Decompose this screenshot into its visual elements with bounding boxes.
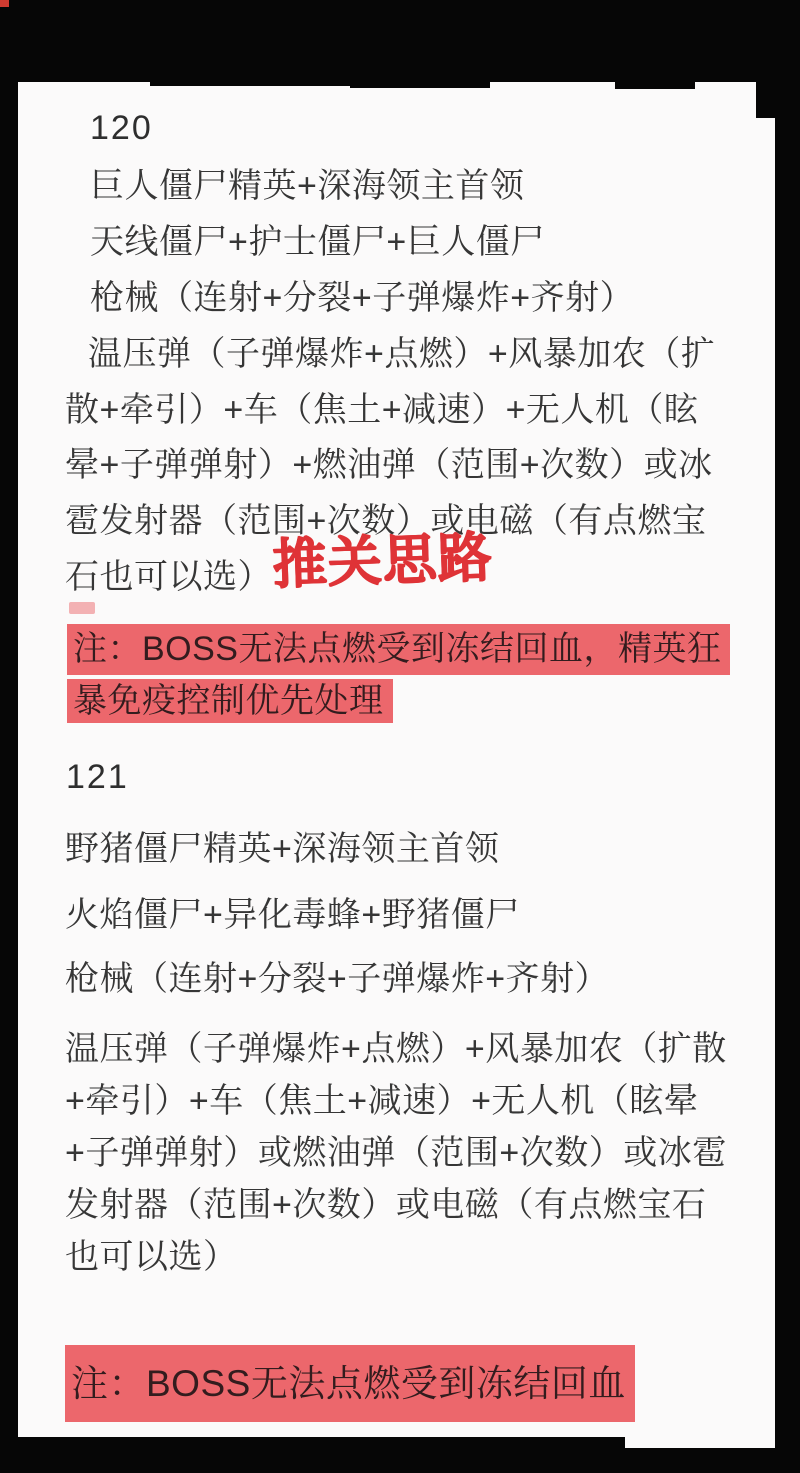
level-121-strategy-line: +牵引）+车（焦土+减速）+无人机（眩晕 xyxy=(65,1081,698,1121)
level-121-enemies-line: 火焰僵尸+异化毒蜂+野猪僵尸 xyxy=(65,895,520,935)
level-121-note-highlight: 注：BOSS无法点燃受到冻结回血 xyxy=(65,1345,635,1422)
level-121-elite-boss-line: 野猪僵尸精英+深海领主首领 xyxy=(65,829,499,869)
level-120-strategy-line: 晕+子弹弹射）+燃油弹（范围+次数）或冰 xyxy=(65,445,713,485)
photo-edge-artifact xyxy=(625,1437,775,1448)
watermark-text: 推关思路 xyxy=(271,514,494,599)
level-120-strategy-line: 温压弹（子弹爆炸+点燃）+风暴加农（扩 xyxy=(88,334,715,374)
level-120-enemies-line: 天线僵尸+护士僵尸+巨人僵尸 xyxy=(90,222,545,262)
level-121-strategy-line: 发射器（范围+次数）或电磁（有点燃宝石 xyxy=(65,1185,706,1225)
level-120-note-highlight: 暴免疫控制优先处理 xyxy=(67,679,393,723)
level-120-strategy-line: 石也可以选） xyxy=(65,557,272,597)
highlight-remnant-artifact xyxy=(69,602,95,614)
photo-edge-artifact xyxy=(756,82,775,118)
level-121-strategy-line: +子弹弹射）或燃油弹（范围+次数）或冰雹 xyxy=(65,1133,727,1173)
photo-edge-artifact xyxy=(615,82,695,89)
red-speck-artifact xyxy=(0,0,9,7)
level-120-elite-boss-line: 巨人僵尸精英+深海领主首领 xyxy=(90,166,524,206)
photo-edge-artifact xyxy=(150,82,350,86)
level-120-weapon-line: 枪械（连射+分裂+子弹爆炸+齐射） xyxy=(90,278,634,318)
level-120-note-highlight: 注：BOSS无法点燃受到冻结回血，精英狂 xyxy=(67,624,730,675)
level-number-120: 120 xyxy=(90,108,153,148)
level-121-weapon-line: 枪械（连射+分裂+子弹爆炸+齐射） xyxy=(65,959,609,999)
level-120-strategy-line: 散+牵引）+车（焦土+减速）+无人机（眩 xyxy=(65,390,698,430)
level-121-strategy-line: 温压弹（子弹爆炸+点燃）+风暴加农（扩散 xyxy=(65,1029,727,1069)
level-number-121: 121 xyxy=(66,757,129,797)
level-121-strategy-line: 也可以选） xyxy=(65,1237,238,1277)
photo-canvas: 120 巨人僵尸精英+深海领主首领 天线僵尸+护士僵尸+巨人僵尸 枪械（连射+分… xyxy=(0,0,800,1473)
photo-edge-artifact xyxy=(350,82,490,88)
